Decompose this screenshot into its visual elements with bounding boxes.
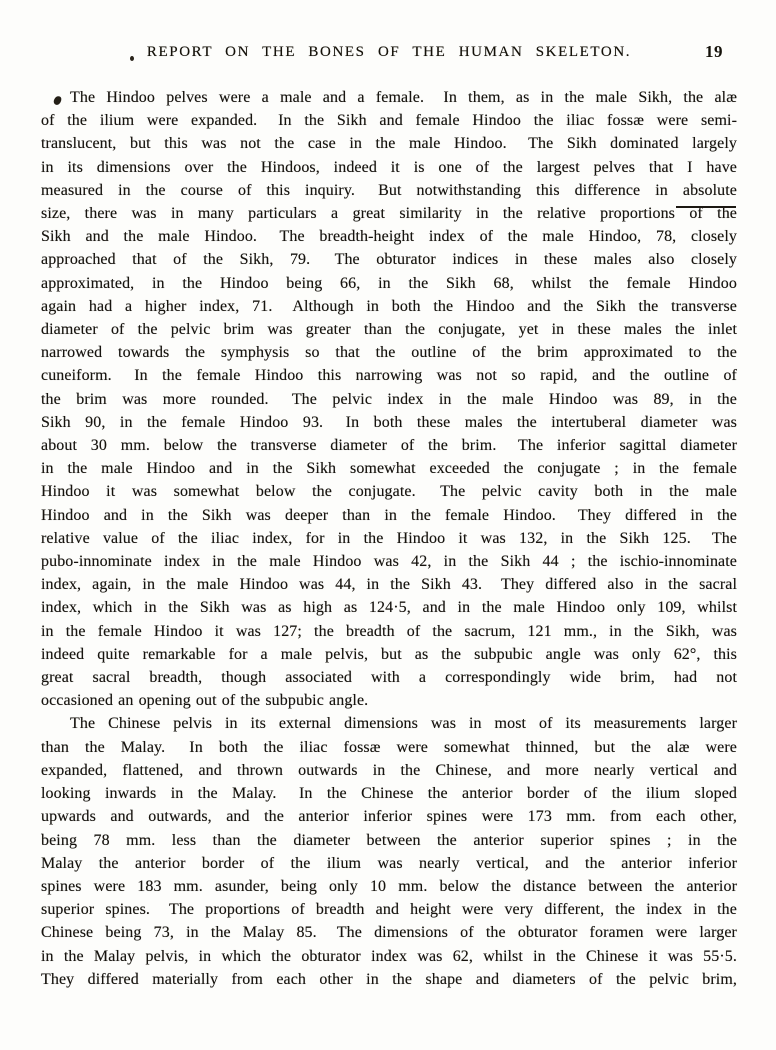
text-line: of the ilium were expanded. In the Sikh …	[41, 109, 737, 132]
text-line: in its dimensions over the Hindoos, inde…	[41, 156, 737, 179]
text-line: relative value of the iliac index, for i…	[41, 527, 737, 550]
text-line: The Hindoo pelves were a male and a fema…	[41, 86, 737, 109]
text-line: about 30 mm. below the transverse diamet…	[41, 434, 737, 457]
text-line: spines were 183 mm. asunder, being only …	[41, 875, 737, 898]
page-header: REPORT ON THE BONES OF THE HUMAN SKELETO…	[41, 44, 737, 66]
text-line: approximated, in the Hindoo being 66, in…	[41, 272, 737, 295]
text-line: in the male Hindoo and in the Sikh somew…	[41, 457, 737, 480]
underline-mark	[676, 206, 736, 208]
text-line: than the Malay. In both the iliac fossæ …	[41, 736, 737, 759]
page-number: 19	[705, 42, 723, 62]
text-line: index, again, in the male Hindoo was 44,…	[41, 573, 737, 596]
page-body: The Hindoo pelves were a male and a fema…	[41, 86, 737, 991]
scanned-page: REPORT ON THE BONES OF THE HUMAN SKELETO…	[0, 0, 776, 1050]
text-line: diameter of the pelvic brim was greater …	[41, 318, 737, 341]
text-line: being 78 mm. less than the diameter betw…	[41, 829, 737, 852]
text-line: Malay the anterior border of the ilium w…	[41, 852, 737, 875]
text-line: translucent, but this was not the case i…	[41, 132, 737, 155]
text-line: in the Malay pelvis, in which the obtura…	[41, 945, 737, 968]
text-line: size, there was in many particulars a gr…	[41, 202, 737, 225]
text-line: They differed materially from each other…	[41, 968, 737, 991]
text-line: Chinese being 73, in the Malay 85. The d…	[41, 921, 737, 944]
text-line: Hindoo it was somewhat below the conjuga…	[41, 480, 737, 503]
text-line: Sikh 90, in the female Hindoo 93. In bot…	[41, 411, 737, 434]
text-line: index, which in the Sikh was as high as …	[41, 596, 737, 619]
text-line: narrowed towards the symphysis so that t…	[41, 341, 737, 364]
ink-speck	[130, 56, 134, 61]
text-line: pubo-innominate index in the male Hindoo…	[41, 550, 737, 573]
text-line: in the female Hindoo it was 127; the bre…	[41, 620, 737, 643]
text-line: occasioned an opening out of the subpubi…	[41, 689, 737, 712]
text-line: Hindoo and in the Sikh was deeper than i…	[41, 504, 737, 527]
text-line: cuneiform. In the female Hindoo this nar…	[41, 364, 737, 387]
text-line: indeed quite remarkable for a male pelvi…	[41, 643, 737, 666]
text-line: great sacral breadth, though associated …	[41, 666, 737, 689]
text-line: measured in the course of this inquiry. …	[41, 179, 737, 202]
text-line: expanded, flattened, and thrown outwards…	[41, 759, 737, 782]
text-line: the brim was more rounded. The pelvic in…	[41, 388, 737, 411]
text-line: approached that of the Sikh, 79. The obt…	[41, 248, 737, 271]
text-line: Sikh and the male Hindoo. The breadth-he…	[41, 225, 737, 248]
text-line: again had a higher index, 71. Although i…	[41, 295, 737, 318]
text-line: upwards and outwards, and the anterior i…	[41, 805, 737, 828]
text-line: looking inwards in the Malay. In the Chi…	[41, 782, 737, 805]
text-line: superior spines. The proportions of brea…	[41, 898, 737, 921]
running-title: REPORT ON THE BONES OF THE HUMAN SKELETO…	[41, 44, 737, 61]
text-line: The Chinese pelvis in its external dimen…	[41, 712, 737, 735]
